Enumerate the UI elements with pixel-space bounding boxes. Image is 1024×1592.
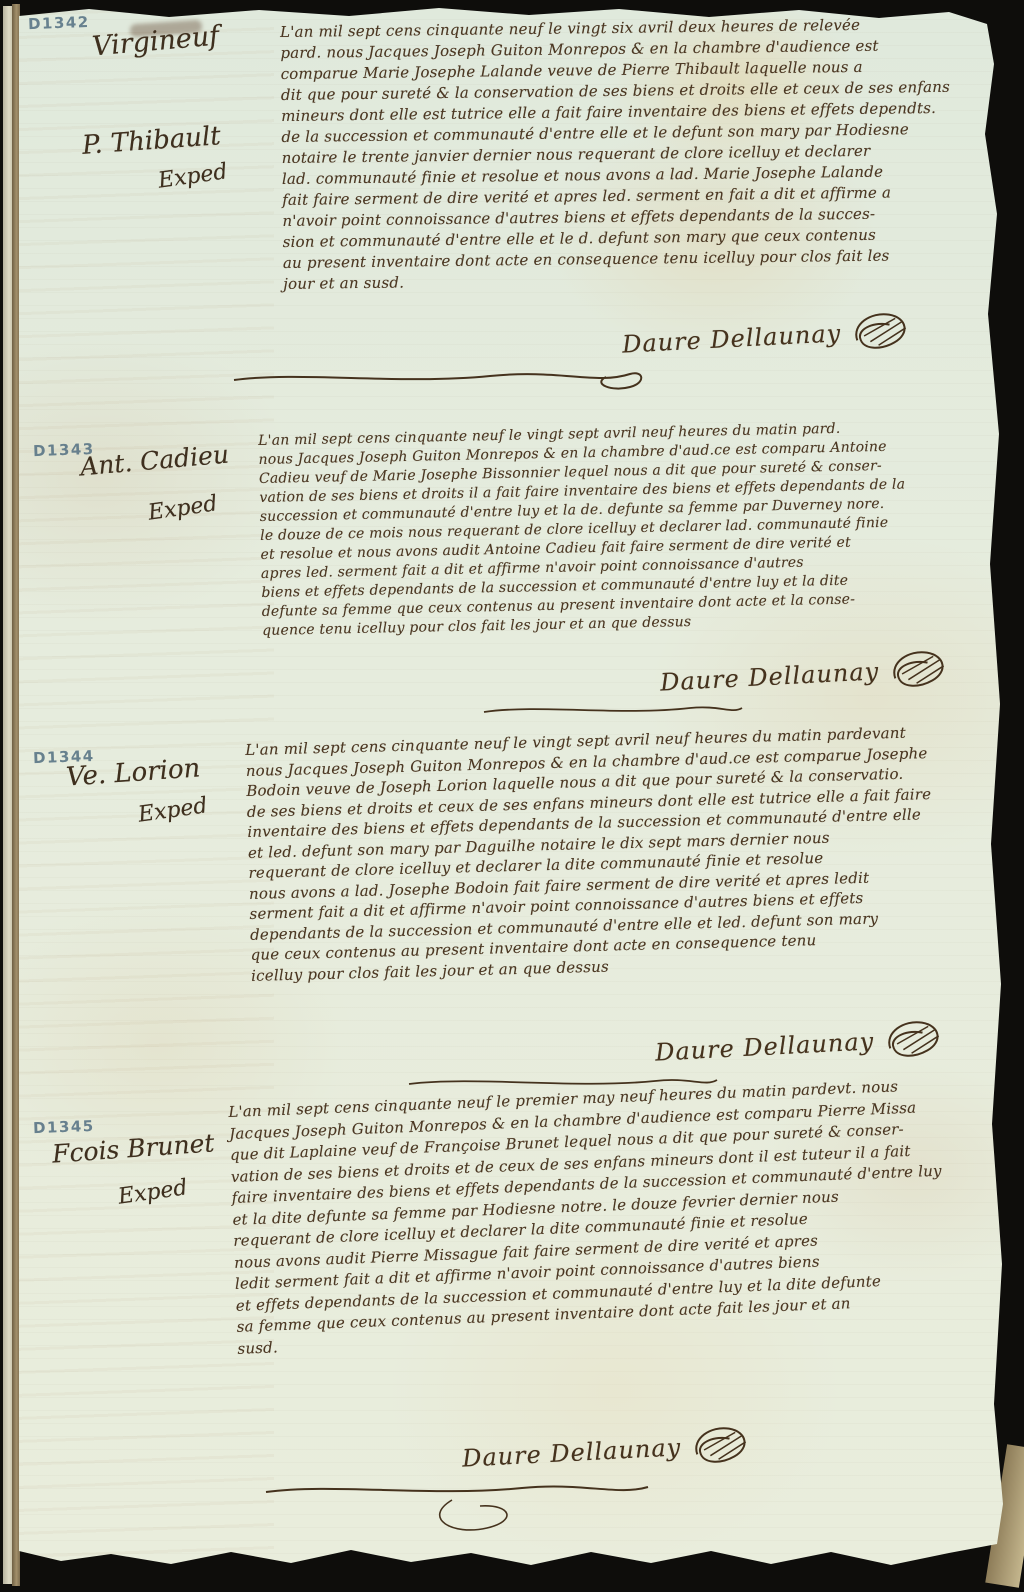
margin-note: P. Thibault — [81, 121, 222, 161]
signature-name: Daure Dellaunay — [659, 657, 879, 696]
manuscript-block: L'an mil sept cens cinquante neuf le vin… — [280, 13, 997, 295]
signature: Daure Dellaunay — [660, 652, 953, 698]
signature-name: Daure Dellaunay — [461, 1433, 681, 1472]
signature-paraph-icon — [881, 1014, 949, 1063]
signature-underline-flourish — [480, 694, 750, 724]
signature: Daure Dellaunay — [655, 1022, 948, 1068]
signature: Daure Dellaunay — [622, 314, 915, 360]
signature-underline-flourish — [262, 1470, 662, 1550]
signature-name: Daure Dellaunay — [654, 1027, 874, 1066]
manuscript-block: L'an mil sept cens cinquante neuf le pre… — [228, 1072, 1007, 1359]
margin-note: Exped — [147, 491, 219, 525]
signature: Daure Dellaunay — [462, 1428, 755, 1474]
ink-showthrough-texture — [19, 4, 274, 1580]
manuscript-block: L'an mil sept cens cinquante neuf le vin… — [245, 721, 995, 986]
manuscript-block: L'an mil sept cens cinquante neuf le vin… — [258, 417, 992, 641]
signature-paraph-icon — [848, 306, 916, 355]
signature-underline-flourish — [230, 358, 660, 396]
archival-ref-d1342: D1342 — [28, 13, 90, 33]
margin-note: Ant. Cadieu — [79, 440, 230, 482]
archival-ref-d1345: D1345 — [33, 1117, 95, 1137]
paper-sheet: D1342 Virgineuf P. Thibault Exped L'an m… — [19, 4, 1011, 1580]
margin-note: Exped — [157, 159, 229, 193]
signature-paraph-icon — [688, 1420, 756, 1469]
binding-strip — [12, 4, 20, 1586]
signature-name: Daure Dellaunay — [621, 319, 841, 358]
signature-paraph-icon — [886, 644, 954, 693]
margin-note: Exped — [117, 1175, 189, 1209]
margin-note: Virgineuf — [91, 21, 220, 63]
margin-note: Exped — [137, 793, 209, 827]
manuscript-scan-page: D1342 Virgineuf P. Thibault Exped L'an m… — [0, 0, 1024, 1592]
